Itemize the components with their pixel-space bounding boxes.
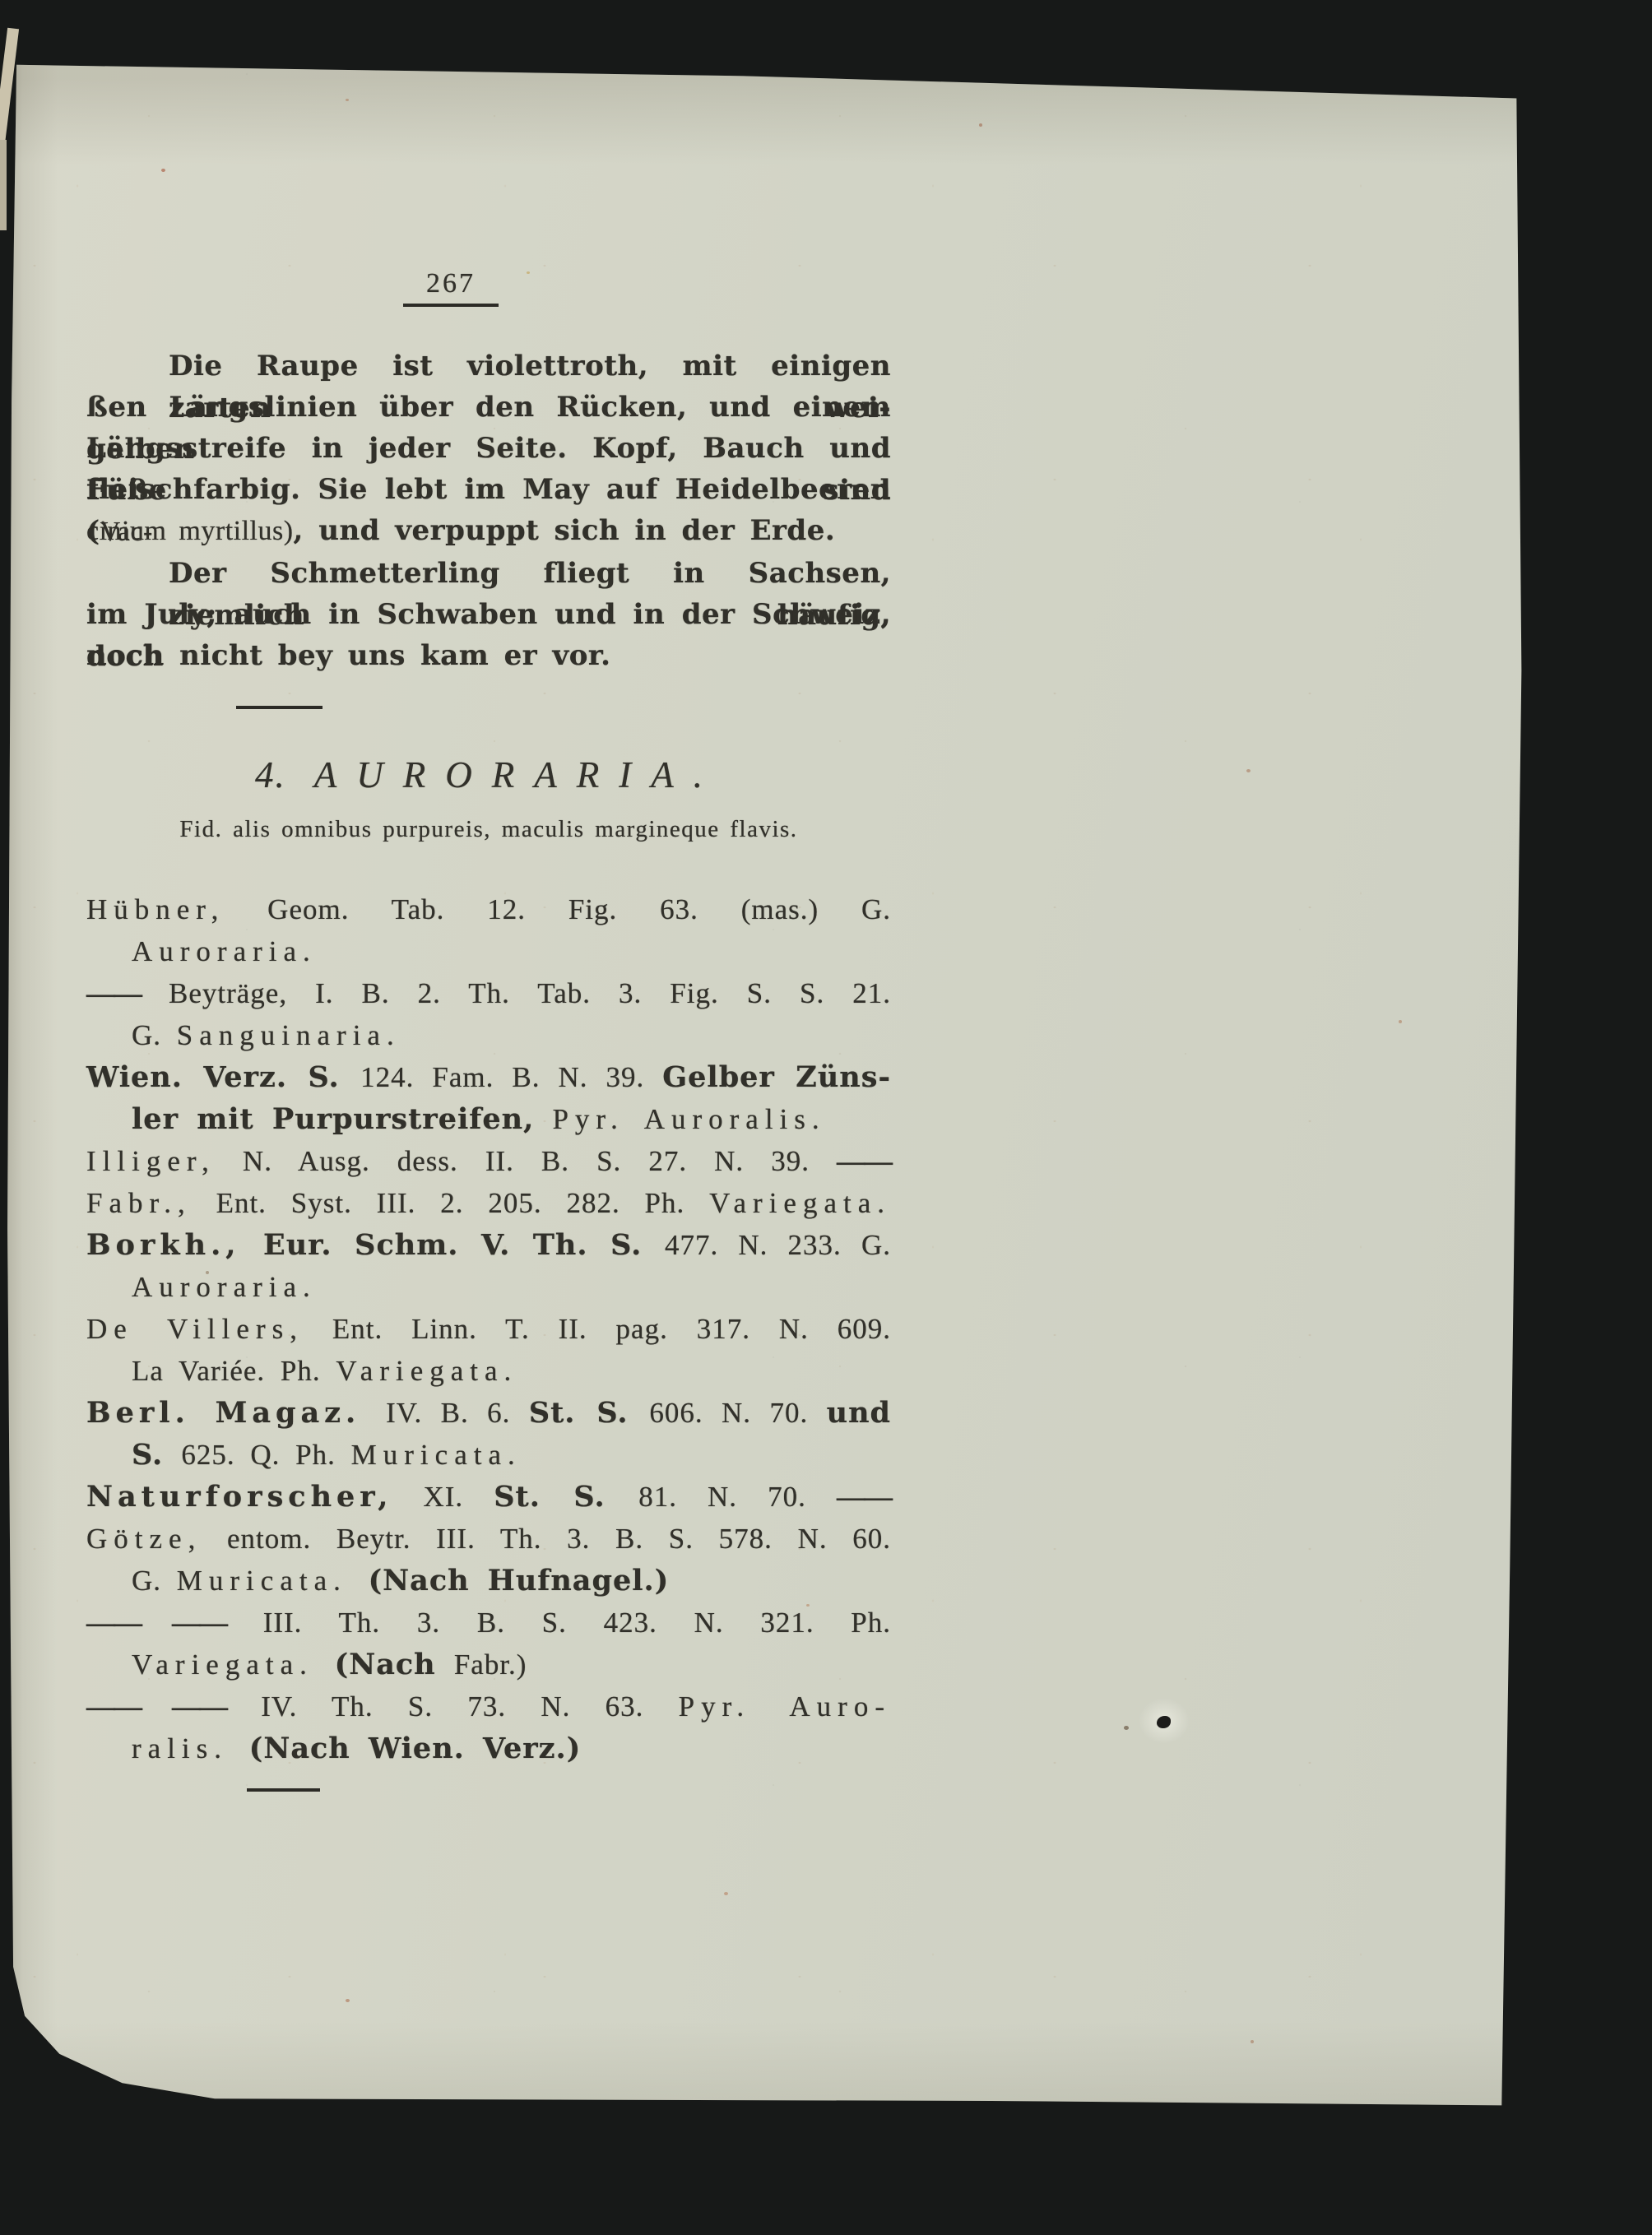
text-segment: Ent. Linn. T. II. pag. 317. N. 609. [304,1313,891,1345]
text-segment: S. [132,1438,181,1472]
text-line: Der Schmetterling fliegt in Sachsen, zie… [86,553,891,594]
paper-speck [1251,2040,1254,2043]
text-line: Götze, entom. Beytr. III. Th. 3. B. S. 5… [86,1518,891,1560]
paragraph-schmetterling: Der Schmetterling fliegt in Sachsen, zie… [86,553,891,676]
end-divider-rule [247,1788,320,1792]
text-segment: Ent. Syst. III. 2. 205. 282. Ph. [192,1187,709,1219]
paper-speck [1124,1726,1129,1730]
paragraph-raupe: Die Raupe ist violettroth, mit einigen z… [86,345,891,551]
text-segment: Götze, [86,1523,202,1555]
text-segment: 606. N. 70. [649,1397,826,1429]
text-segment: cinium myrtillus) [86,516,294,546]
text-segment: Pyr. Auro- [679,1690,891,1723]
text-segment: —— [837,1481,891,1513]
paper-speck [346,99,349,101]
paper-speck [724,1892,728,1895]
scanned-book-photo: { "page": { "number": "267" }, "section"… [0,0,1652,2235]
text-segment: 625. Q. Ph. [181,1439,350,1471]
text-segment: Gelber Züns- [662,1060,891,1094]
text-line: Berl. Magaz. IV. B. 6. St. S. 606. N. 70… [86,1392,891,1434]
text-segment: De Villers, [86,1313,304,1345]
section-heading: 4.AURORARIA. [86,754,891,796]
text-segment: entom. Beytr. III. Th. 3. B. S. 578. N. … [202,1523,891,1555]
section-divider-rule [236,706,323,709]
text-segment: , und verpuppt sich in der Erde. [294,514,836,547]
text-segment: Beyträge, I. B. 2. Th. Tab. 3. Fig. S. S… [141,977,891,1009]
text-line: fleischfarbig. Sie lebt im May auf Heide… [86,469,891,510]
paper-speck [806,1604,810,1607]
text-segment: —— [86,1607,141,1639]
text-segment: Variegata. [336,1355,517,1387]
text-segment: —— [86,977,141,1009]
text-segment: St. S. [494,1480,638,1514]
text-line: G. Sanguinaria. [86,1014,891,1056]
text-line: —— Beyträge, I. B. 2. Th. Tab. 3. Fig. S… [86,972,891,1014]
text-segment: Berl. Magaz. [86,1396,386,1430]
text-line: Fabr., Ent. Syst. III. 2. 205. 282. Ph. … [86,1182,891,1224]
paper-speck [161,169,165,172]
paper-speck [1246,769,1251,772]
text-line: Illiger, N. Ausg. dess. II. B. S. 27. N.… [86,1140,891,1182]
book-page: 267 Die Raupe ist violettroth, mit einig… [0,0,1652,2235]
text-line: Die Raupe ist violettroth, mit einigen z… [86,345,891,387]
adjacent-page-edge [0,140,7,230]
text-segment: und [827,1396,891,1430]
text-segment: Geom. Tab. 12. Fig. 63. (mas.) G. [225,893,891,925]
text-segment: Pyr. Auroralis. [552,1103,825,1135]
text-segment: Fabr.) [454,1648,527,1681]
text-line: ler mit Purpurstreifen, Pyr. Auroralis. [86,1098,891,1140]
paper-speck [1399,1020,1402,1023]
text-line: De Villers, Ent. Linn. T. II. pag. 317. … [86,1308,891,1350]
text-segment: —— [837,1145,891,1177]
text-segment: (Nach [335,1648,454,1681]
paper-speck [346,1999,350,2002]
text-line: ———— IV. Th. S. 73. N. 63. Pyr. Auro- [86,1686,891,1727]
text-segment: 477. N. 233. G. [665,1229,891,1261]
text-segment: (Nach Wien. Verz.) [249,1732,582,1765]
text-line: ———— III. Th. 3. B. S. 423. N. 321. Ph. [86,1602,891,1644]
text-segment: IV. B. 6. [386,1397,529,1429]
text-segment: noch nicht bey uns kam er vor. [86,639,611,672]
text-segment: Sanguinaria. [177,1019,401,1051]
text-segment: Naturforscher, [86,1480,392,1514]
text-segment: Auroraria. [132,1271,317,1303]
text-segment: III. Th. 3. B. S. 423. N. 321. Ph. [226,1607,891,1639]
text-segment: (Nach Hufnagel.) [369,1564,670,1597]
text-segment: Muricata. [351,1439,522,1471]
text-segment: Hübner, [86,893,225,925]
text-segment: Wien. Verz. S. [86,1060,360,1094]
section-number: 4. [255,754,286,795]
text-segment: —— [86,1690,141,1723]
text-line: Borkh., Eur. Schm. V. Th. S. 477. N. 233… [86,1224,891,1266]
text-segment: Muricata. [177,1565,369,1597]
text-segment: ralis. [132,1732,249,1764]
text-segment: Eur. Schm. V. Th. S. [240,1228,665,1262]
text-line: G. Muricata. (Nach Hufnagel.) [86,1560,891,1602]
text-line: Längsstreife in jeder Seite. Kopf, Bauch… [86,428,891,469]
text-segment: XI. [392,1481,494,1513]
text-segment: N. Ausg. dess. II. B. S. 27. N. 39. [216,1145,837,1177]
text-line: La Variée. Ph. Variegata. [86,1350,891,1392]
text-segment: G. [132,1565,177,1597]
text-segment: Borkh., [86,1228,240,1262]
section-title: AURORARIA. [314,754,722,795]
paper-speck [527,271,530,274]
text-line: noch nicht bey uns kam er vor. [86,635,891,676]
text-segment: 124. Fam. B. N. 39. [360,1061,662,1093]
section-subtitle: Fid. alis omnibus purpureis, maculis mar… [86,816,891,843]
text-line: Hübner, Geom. Tab. 12. Fig. 63. (mas.) G… [86,888,891,930]
text-segment: Illiger, [86,1145,216,1177]
text-segment: St. S. [529,1396,650,1430]
text-line: Auroraria. [86,930,891,972]
text-line: Wien. Verz. S. 124. Fam. B. N. 39. Gelbe… [86,1056,891,1098]
paper-speck [206,1271,209,1274]
text-line: ßen Längslinien über den Rücken, und ein… [86,387,891,428]
text-line: im July; auch in Schwaben und in der Sch… [86,594,891,635]
paper-speck [979,123,982,127]
text-line: Naturforscher, XI. St. S. 81. N. 70. —— [86,1476,891,1518]
text-segment: G. [132,1019,177,1051]
text-segment: IV. Th. S. 73. N. 63. [226,1690,679,1723]
text-segment: —— [172,1690,226,1723]
bibliography-list: Hübner, Geom. Tab. 12. Fig. 63. (mas.) G… [86,888,891,1769]
page-number: 267 [403,268,499,307]
text-segment: Variegata. [132,1648,335,1681]
text-segment: 81. N. 70. [638,1481,837,1513]
text-segment: ler mit Purpurstreifen, [132,1102,552,1136]
text-line: S. 625. Q. Ph. Muricata. [86,1434,891,1476]
page-number-text: 267 [426,268,476,299]
text-line: Variegata. (Nach Fabr.) [86,1644,891,1686]
text-segment: —— [172,1607,226,1639]
text-segment: La Variée. Ph. [132,1355,336,1387]
text-segment: Variegata. [709,1187,891,1219]
text-segment: Auroraria. [132,935,317,967]
text-line: cinium myrtillus), und verpuppt sich in … [86,510,891,551]
text-segment: Fabr., [86,1187,192,1219]
text-line: ralis. (Nach Wien. Verz.) [86,1727,891,1769]
